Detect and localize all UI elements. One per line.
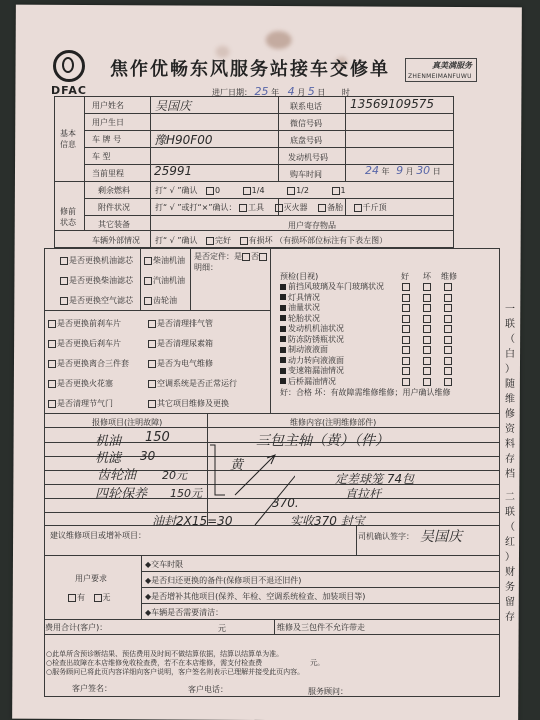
precheck-checkbox[interactable] xyxy=(402,336,410,344)
precheck-checkbox[interactable] xyxy=(444,357,452,365)
precheck-item: 油量状况 xyxy=(280,302,320,313)
option-label: 1 xyxy=(341,186,346,195)
service-advisor-field[interactable]: 服务顾问： xyxy=(308,686,348,697)
copy2-label: 二联（红）财务留存 xyxy=(504,490,516,625)
fees-row xyxy=(44,620,500,635)
precheck-checkbox[interactable] xyxy=(444,325,452,333)
repair-content: 直拉杆 xyxy=(345,485,381,502)
precheck-checkbox[interactable] xyxy=(423,325,431,333)
dongfeng-logo-icon xyxy=(53,50,85,82)
request-item: ◆是否增补其他项目(保养、年检、空调系统检查、加装项目等) xyxy=(145,591,365,602)
precheck-checkbox[interactable] xyxy=(402,378,410,386)
option-label: 千斤顶 xyxy=(363,203,387,212)
oil-item[interactable]: 汽油机油 xyxy=(144,275,185,286)
reported-price: 150 xyxy=(145,430,170,445)
request-text: 是否增补其他项目(保养、年检、空调系统检查、加装项目等) xyxy=(151,592,365,601)
check-item[interactable]: 是否清理尿素箱 xyxy=(148,338,213,349)
prompt: 打“ √ ”确认 xyxy=(155,236,197,245)
field-label: 其它装备 xyxy=(98,219,130,230)
brand-cn: 真美满服务 xyxy=(432,60,472,71)
precheck-checkbox[interactable] xyxy=(444,315,452,323)
bullet-icon xyxy=(280,326,286,332)
item-label: 汽油机油 xyxy=(153,276,185,285)
amount-note: 370. xyxy=(272,496,299,510)
accessory-tools[interactable]: 工具 xyxy=(239,203,264,212)
unit: 月 xyxy=(406,167,414,176)
plate-number-field[interactable]: 豫H90F00 xyxy=(154,131,212,148)
field-label: 车 型 xyxy=(92,151,111,162)
suggestion-label: 建议维修项目或增补项目： xyxy=(50,530,146,541)
field-label: 联系电话 xyxy=(290,101,322,112)
precheck-item: 动力转向液液面 xyxy=(280,355,344,366)
yes-label: 是 xyxy=(234,252,242,261)
fixed-no-checkbox[interactable] xyxy=(259,253,267,261)
phone-field[interactable]: 13569109575 xyxy=(350,97,434,111)
precheck-item: 制动液液面 xyxy=(280,344,328,355)
precheck-checkbox[interactable] xyxy=(423,367,431,375)
purchase-month: 9 xyxy=(396,164,403,177)
check-item[interactable]: 其它项目维修及更换 xyxy=(148,398,229,409)
fuel-options: 打“ √ ”确认 0 1/4 1/2 1 xyxy=(155,185,346,196)
accessory-extinguisher[interactable]: 灭火器 xyxy=(275,203,308,212)
check-item[interactable]: 是否更换火花塞 xyxy=(48,378,113,389)
brand-en: ZHENMEIMANFUWU xyxy=(408,73,472,80)
field-label: 附件状况 xyxy=(98,202,130,213)
exterior-note: （有损坏部位标注有下表左图） xyxy=(275,236,387,245)
item-label: 柴油机油 xyxy=(153,256,185,265)
check-item[interactable]: 空调系统是否正常运行 xyxy=(148,378,237,389)
fixed-parts: 是否定件：是否 xyxy=(194,251,268,262)
field-label: 用户姓名 xyxy=(92,100,124,111)
field-label: 当前里程 xyxy=(92,168,124,179)
check-item[interactable]: 是否更换前刹车片 xyxy=(48,318,121,329)
precheck-checkbox[interactable] xyxy=(402,346,410,354)
unit: 年 xyxy=(382,167,390,176)
note-item: ○服务顾问已将此页内容详细向客户说明，客户签名则表示已理解并接受此页内容。 xyxy=(46,667,304,677)
detail-label: 明细： xyxy=(194,262,218,273)
precheck-item: 前挡风玻璃及车门玻璃状况 xyxy=(280,281,384,292)
field-label: 用户生日 xyxy=(92,117,124,128)
option-label: 0 xyxy=(215,186,220,195)
precheck-label: 灯具情况 xyxy=(288,293,320,302)
copy1-label: 一联（白）随维修资料存档 xyxy=(504,302,516,482)
precheck-checkbox[interactable] xyxy=(444,378,452,386)
user-request-label: 用户要求 xyxy=(75,573,107,584)
precheck-checkbox[interactable] xyxy=(423,315,431,323)
bullet-icon xyxy=(280,357,286,363)
precheck-checkbox[interactable] xyxy=(402,367,410,375)
precheck-label: 防冻防锈瓶状况 xyxy=(288,335,344,344)
field-label: 车辆外部情况 xyxy=(92,235,140,246)
bullet-icon xyxy=(280,284,286,290)
field-label: 微信号码 xyxy=(290,118,322,129)
precheck-checkbox[interactable] xyxy=(444,367,452,375)
purchase-day: 30 xyxy=(416,164,430,177)
bullet-icon xyxy=(280,305,286,311)
check-item[interactable]: 是否清理排气管 xyxy=(148,318,213,329)
stain xyxy=(266,31,292,49)
option-label: 工具 xyxy=(248,203,264,212)
no-label: 无 xyxy=(103,593,111,602)
precheck-checkbox[interactable] xyxy=(444,283,452,291)
fuel-option-quarter[interactable]: 1/4 xyxy=(243,186,265,195)
item-label: 是否更换空气滤芯 xyxy=(69,296,133,305)
prompt: 打“ √ ”确认 xyxy=(155,186,197,195)
repair-status-label: 修前状态 xyxy=(60,206,80,228)
field-label: 购车时间 xyxy=(290,169,322,180)
check-item[interactable]: 是否为电气维修 xyxy=(148,358,213,369)
item-label: 是否清理节气门 xyxy=(57,399,113,408)
precheck-label: 轮胎状况 xyxy=(288,314,320,323)
accessory-spare-tire[interactable]: 备胎 xyxy=(318,203,343,212)
precheck-label: 变速箱漏油情况 xyxy=(288,366,344,375)
precheck-legend: 好：合格 坏：有故障需维修维修；用户确认维修 xyxy=(280,387,451,398)
reported-price: 20元 xyxy=(162,467,187,483)
precheck-label: 后桥漏油情况 xyxy=(288,377,336,386)
option-label: 完好 xyxy=(215,236,231,245)
currency-unit: 元 xyxy=(218,623,226,634)
handwritten-arrows xyxy=(205,440,295,530)
field-label: 剩余燃料 xyxy=(98,185,130,196)
item-label: 是否清理尿素箱 xyxy=(157,339,213,348)
brand-badge: 真美满服务 ZHENMEIMANFUWU xyxy=(405,58,477,82)
option-label: 备胎 xyxy=(327,203,343,212)
precheck-checkbox[interactable] xyxy=(402,357,410,365)
request-no-checkbox[interactable] xyxy=(94,594,102,602)
precheck-label: 动力转向液液面 xyxy=(288,356,344,365)
precheck-label: 制动液液面 xyxy=(288,345,328,354)
filter-item[interactable]: 是否更换柴油滤芯 xyxy=(60,275,133,286)
prompt: 打“ √ ”或打“×”确认： xyxy=(155,203,236,212)
precheck-item: 防冻防锈瓶状况 xyxy=(280,334,344,345)
driver-signature[interactable]: 吴国庆 xyxy=(420,526,462,546)
item-label: 齿轮油 xyxy=(153,296,177,305)
option-label: 1/2 xyxy=(296,186,309,195)
mileage-field[interactable]: 25991 xyxy=(154,164,192,178)
exterior-damaged[interactable]: 有损坏 xyxy=(240,236,273,245)
request-item: ◆交车时限 xyxy=(145,559,183,570)
oil-item[interactable]: 齿轮油 xyxy=(144,295,177,306)
field-label: 底盘号码 xyxy=(290,135,322,146)
option-label: 有损坏 xyxy=(249,236,273,245)
item-label: 是否更换火花塞 xyxy=(57,379,113,388)
item-label: 其它项目维修及更换 xyxy=(157,399,229,408)
exterior-good[interactable]: 完好 xyxy=(206,236,231,245)
precheck-checkbox[interactable] xyxy=(402,315,410,323)
item-label: 是否更换离合三件套 xyxy=(57,359,129,368)
option-label: 灭火器 xyxy=(284,203,308,212)
purchase-year: 24 xyxy=(365,164,379,177)
fuel-option-half[interactable]: 1/2 xyxy=(287,186,309,195)
reported-items-header: 报修项目(注明故障) xyxy=(92,417,162,428)
basic-info-label: 基本信息 xyxy=(60,128,80,150)
request-item: ◆车辆是否需要清洁： xyxy=(145,607,223,618)
customer-signature-field[interactable]: 客户签名： xyxy=(72,683,112,694)
precheck-checkbox[interactable] xyxy=(402,283,410,291)
reported-price: 150元 xyxy=(170,485,202,501)
precheck-label: 油量状况 xyxy=(288,303,320,312)
precheck-item: 后桥漏油情况 xyxy=(280,376,336,387)
fuel-option-0[interactable]: 0 xyxy=(206,186,220,195)
precheck-checkbox[interactable] xyxy=(423,283,431,291)
exterior-options: 打“ √ ”确认 完好 有损坏 （有损坏部位标注有下表左图） xyxy=(155,235,387,246)
precheck-checkbox[interactable] xyxy=(444,304,452,312)
accessory-jack[interactable]: 千斤顶 xyxy=(354,203,387,212)
option-label: 1/4 xyxy=(252,186,265,195)
no-label: 否 xyxy=(251,252,259,261)
precheck-label: 发动机机油状况 xyxy=(288,324,344,333)
check-item[interactable]: 是否清理节气门 xyxy=(48,398,113,409)
bullet-icon xyxy=(280,347,286,353)
request-text: 是否归还更换的备件(保修项目不退还旧件) xyxy=(151,576,301,585)
user-request-options: 有 无 xyxy=(68,592,111,603)
filter-item[interactable]: 是否更换空气滤芯 xyxy=(60,295,133,306)
filter-item[interactable]: 是否更换机油滤芯 xyxy=(60,255,133,266)
precheck-checkbox[interactable] xyxy=(402,304,410,312)
item-label: 是否清理排气管 xyxy=(157,319,213,328)
item-label: 是否更换后刹车片 xyxy=(57,339,121,348)
reported-price: 30 xyxy=(140,449,155,463)
request-yes-checkbox[interactable] xyxy=(68,594,76,602)
col-bad: 坏 xyxy=(423,271,431,282)
precheck-checkbox[interactable] xyxy=(444,336,452,344)
precheck-checkbox[interactable] xyxy=(423,357,431,365)
precheck-checkbox[interactable] xyxy=(444,294,452,302)
precheck-item: 灯具情况 xyxy=(280,292,320,303)
reported-item: 齿轮油 xyxy=(97,464,136,483)
driver-sign-label: 司机确认签字： xyxy=(358,531,414,542)
precheck-checkbox[interactable] xyxy=(402,325,410,333)
bullet-icon xyxy=(280,294,286,300)
request-item: ◆是否归还更换的备件(保修项目不退还旧件) xyxy=(145,575,301,586)
repair-content-header: 维修内容(注明维修部件) xyxy=(290,417,376,428)
yes-label: 有 xyxy=(77,593,85,602)
precheck-label: 前挡风玻璃及车门玻璃状况 xyxy=(288,282,384,291)
accessory-options: 打“ √ ”或打“×”确认： 工具 灭火器 备胎 千斤顶 xyxy=(155,202,387,213)
col-good: 好 xyxy=(401,271,409,282)
fuel-option-full[interactable]: 1 xyxy=(332,186,346,195)
note-unit: 元。 xyxy=(310,659,324,667)
precheck-checkbox[interactable] xyxy=(423,346,431,354)
repair-content: 三包主轴（黄）（件） xyxy=(256,430,389,450)
dfac-logo: DFAC xyxy=(44,50,94,97)
item-label: 是否为电气维修 xyxy=(157,359,213,368)
precheck-checkbox[interactable] xyxy=(444,346,452,354)
bullet-icon xyxy=(280,315,286,321)
check-item[interactable]: 是否更换后刹车片 xyxy=(48,338,121,349)
item-label: 是否更换机油滤芯 xyxy=(69,256,133,265)
item-label: 空调系统是否正常运行 xyxy=(157,379,237,388)
request-text: 交车时限 xyxy=(151,560,183,569)
precheck-checkbox[interactable] xyxy=(423,378,431,386)
col-repair: 维修 xyxy=(441,271,457,282)
oil-item[interactable]: 柴油机油 xyxy=(144,255,185,266)
precheck-checkbox[interactable] xyxy=(402,294,410,302)
bullet-icon xyxy=(280,336,286,342)
bullet-icon xyxy=(280,378,286,384)
precheck-checkbox[interactable] xyxy=(423,336,431,344)
purchase-date-field[interactable]: 24 年 9 月 30 日 xyxy=(365,164,441,177)
total-fee-label: 费用合计(客户)： xyxy=(45,622,107,633)
precheck-item: 轮胎状况 xyxy=(280,313,320,324)
precheck-item: 发动机机油状况 xyxy=(280,323,344,334)
reported-item: 四轮保养 xyxy=(95,483,147,502)
unit: 日 xyxy=(433,167,441,176)
customer-name-field[interactable]: 吴国庆 xyxy=(155,97,191,114)
item-label: 是否更换柴油滤芯 xyxy=(69,276,133,285)
fixed-yes-checkbox[interactable] xyxy=(242,253,250,261)
parts-warning: 维修及三包件不允许带走 xyxy=(277,622,365,633)
form-title: 焦作优畅东风服务站接车交修单 xyxy=(110,55,390,81)
fixed-label: 是否定件： xyxy=(194,252,234,261)
precheck-checkbox[interactable] xyxy=(423,304,431,312)
item-label: 是否更换前刹车片 xyxy=(57,319,121,328)
note-text: 此单所含预诊断结果、预估费用及时间不做结算依据，结算以结算单为准。 xyxy=(52,650,283,658)
field-label: 发动机号码 xyxy=(288,152,328,163)
note-text: 服务顾问已将此页内容详细向客户说明，客户签名则表示已理解并接受此页内容。 xyxy=(52,668,304,676)
precheck-checkbox[interactable] xyxy=(423,294,431,302)
bullet-icon xyxy=(280,368,286,374)
user-request-table xyxy=(44,556,500,620)
customer-phone-field[interactable]: 客户电话： xyxy=(188,684,228,695)
precheck-item: 变速箱漏油情况 xyxy=(280,365,344,376)
note-text: 检查出故障在本店维修免收检查费，若不在本店维修，需支付检查费 xyxy=(52,659,262,667)
field-label: 用户寄存物品 xyxy=(288,220,336,231)
field-label: 车 牌 号 xyxy=(92,134,121,145)
check-item[interactable]: 是否更换离合三件套 xyxy=(48,358,129,369)
request-text: 车辆是否需要清洁： xyxy=(151,608,223,617)
